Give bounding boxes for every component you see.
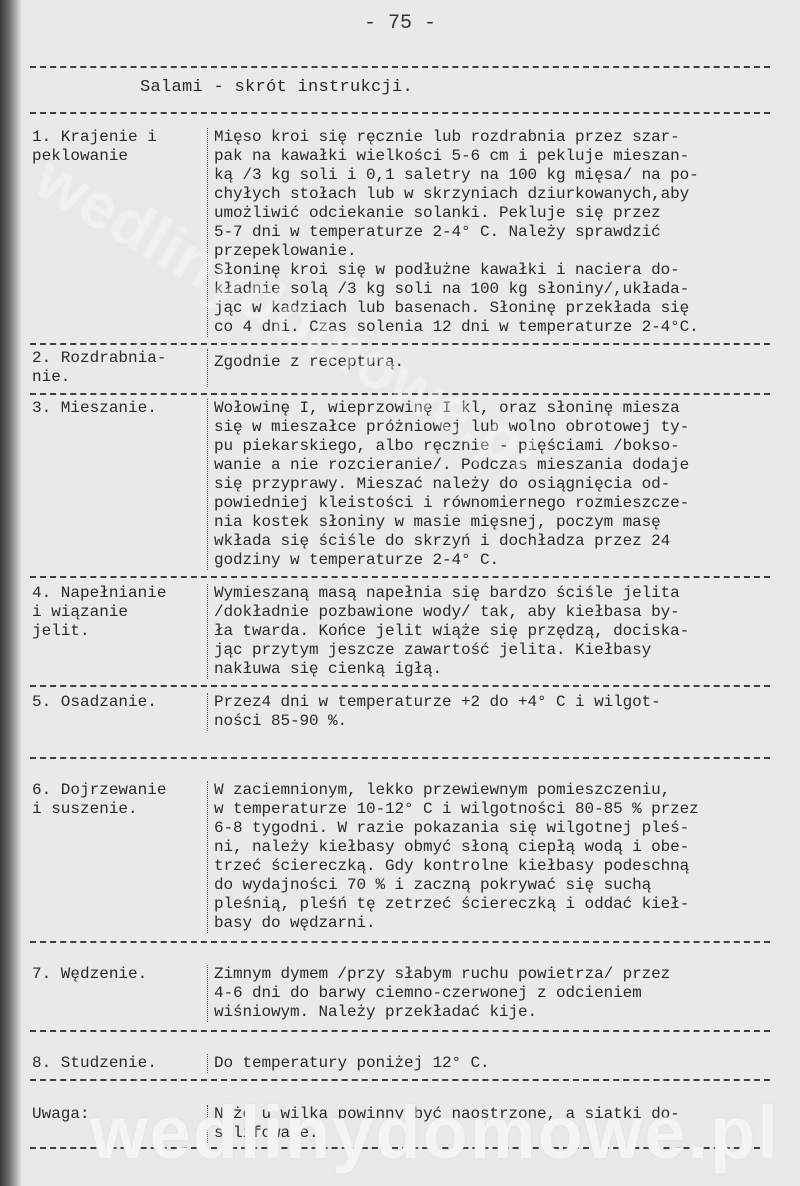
step-text: W zaciemnionym, lekko przewiewnym pomies… xyxy=(208,781,774,933)
scan-edge-shadow xyxy=(0,0,22,1186)
table-title: Salami - skrót instrukcji. xyxy=(140,78,413,97)
step-label: 4. Napełnianie i wiązanie jelit. xyxy=(30,584,208,679)
step-text: Wymieszaną masą napełnia się bardzo ściś… xyxy=(208,584,774,679)
page-number: - 75 - xyxy=(0,12,800,35)
step-label: 5. Osadzanie. xyxy=(30,693,208,731)
step-label: 2. Rozdrabnia- nie. xyxy=(30,349,208,387)
step-row: 6. Dojrzewanie i suszenie. W zaciemniony… xyxy=(30,759,780,941)
step-row: 7. Wędzenie. Zimnym dymem /przy słabym r… xyxy=(30,943,780,1030)
step-text: Przez4 dni w temperaturze +2 do +4° C i … xyxy=(208,693,774,731)
step-row: 4. Napełnianie i wiązanie jelit. Wymiesz… xyxy=(30,578,780,685)
step-row: 8. Studzenie. Do temperatury poniżej 12°… xyxy=(30,1032,780,1079)
watermark: wedlinydomowe.pl xyxy=(90,1090,780,1175)
step-label: 7. Wędzenie. xyxy=(30,965,208,1022)
step-row: 5. Osadzanie. Przez4 dni w temperaturze … xyxy=(30,687,780,757)
step-label: 3. Mieszanie. xyxy=(30,399,208,570)
title-row: Salami - skrót instrukcji. xyxy=(30,68,780,112)
step-label: 8. Studzenie. xyxy=(30,1054,208,1073)
step-text: Do temperatury poniżej 12° C. xyxy=(208,1054,774,1073)
step-text: Zimnym dymem /przy słabym ruchu powietrz… xyxy=(208,965,774,1022)
step-label: 6. Dojrzewanie i suszenie. xyxy=(30,781,208,933)
